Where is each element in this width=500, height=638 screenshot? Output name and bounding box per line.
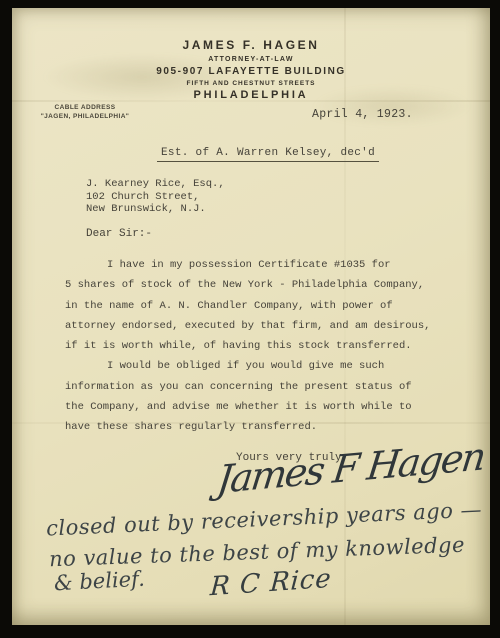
body-line: if it is worth while, of having this sto… bbox=[65, 336, 465, 356]
body-line: 5 shares of stock of the New York - Phil… bbox=[65, 275, 465, 295]
letterhead: JAMES F. HAGEN ATTORNEY-AT-LAW 905-907 L… bbox=[12, 38, 490, 101]
subject-wrap: Est. of A. Warren Kelsey, dec'd bbox=[29, 142, 500, 162]
body-line: in the name of A. N. Chandler Company, w… bbox=[65, 296, 465, 316]
cable-address-block: CABLE ADDRESS "JAGEN, PHILADELPHIA" bbox=[30, 103, 140, 121]
recipient-street: 102 Church Street, bbox=[86, 191, 225, 204]
body-line: I have in my possession Certificate #103… bbox=[65, 255, 465, 275]
body-line: I would be obliged if you would give me … bbox=[65, 356, 465, 376]
body-line: have these shares regularly transferred. bbox=[65, 417, 465, 437]
body-line: information as you can concerning the pr… bbox=[65, 377, 465, 397]
handwritten-note-line-3: & belief. bbox=[53, 567, 145, 596]
date-line: April 4, 1923. bbox=[312, 108, 413, 121]
recipient-address: J. Kearney Rice, Esq., 102 Church Street… bbox=[86, 178, 225, 216]
body-line: the Company, and advise me whether it is… bbox=[65, 397, 465, 417]
letter-paper: JAMES F. HAGEN ATTORNEY-AT-LAW 905-907 L… bbox=[12, 8, 490, 625]
handwritten-note-line-2: no value to the best of my knowledge bbox=[49, 533, 466, 572]
city-name: PHILADELPHIA bbox=[12, 89, 490, 101]
body-line: attorney endorsed, executed by that firm… bbox=[65, 316, 465, 336]
recipient-city: New Brunswick, N.J. bbox=[86, 203, 225, 216]
recipient-name: J. Kearney Rice, Esq., bbox=[86, 178, 225, 191]
subject-line: Est. of A. Warren Kelsey, dec'd bbox=[157, 147, 379, 162]
letter-body: I have in my possession Certificate #103… bbox=[65, 255, 465, 438]
attorney-title: ATTORNEY-AT-LAW bbox=[12, 56, 490, 63]
scan-background: { "colors": { "scanner_background": "#0b… bbox=[0, 0, 500, 638]
signature-hagen: James F Hagen bbox=[215, 434, 487, 502]
building-address: 905-907 LAFAYETTE BUILDING bbox=[12, 66, 490, 77]
cable-address-label: CABLE ADDRESS bbox=[30, 103, 140, 112]
street-address: FIFTH AND CHESTNUT STREETS bbox=[12, 80, 490, 87]
cable-address-value: "JAGEN, PHILADELPHIA" bbox=[30, 112, 140, 121]
salutation: Dear Sir:- bbox=[86, 228, 152, 240]
attorney-name: JAMES F. HAGEN bbox=[12, 38, 490, 52]
signature-rice: R C Rice bbox=[209, 564, 333, 603]
